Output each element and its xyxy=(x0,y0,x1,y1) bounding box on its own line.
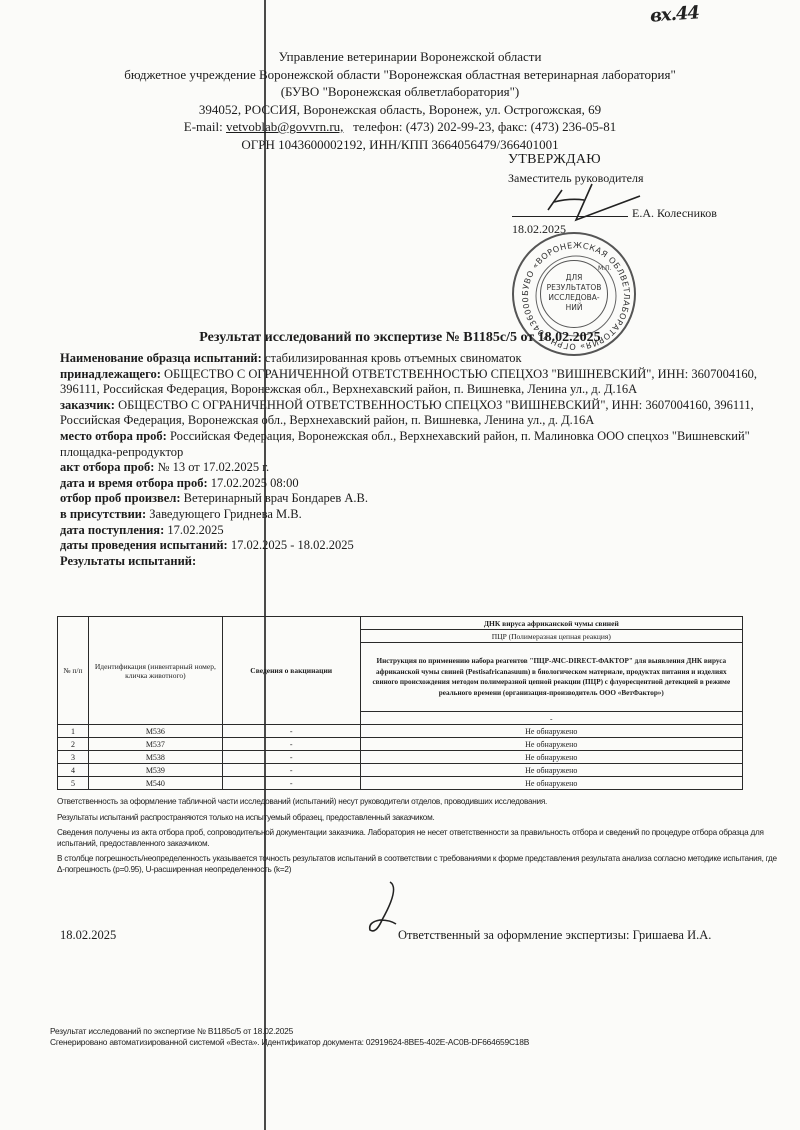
cell-identification: M539 xyxy=(88,764,222,777)
field-owner: принадлежащего: ОБЩЕСТВО С ОГРАНИЧЕННОЙ … xyxy=(60,367,760,398)
field-customer: заказчик: ОБЩЕСТВО С ОГРАНИЧЕННОЙ ОТВЕТС… xyxy=(60,398,760,429)
header-line-ogrn: ОГРН 1043600002192, ИНН/КПП 3664056479/3… xyxy=(0,136,800,154)
col-header-vaccination: Сведения о вакцинации xyxy=(222,617,360,725)
document-title: Результат исследований по экспертизе № В… xyxy=(0,330,800,346)
signature-line xyxy=(512,216,628,217)
table-row: 3 M538 - Не обнаружено xyxy=(58,751,743,764)
col-header-method: ПЦР (Полимеразная цепная реакция) xyxy=(360,630,742,643)
email-label: E-mail: xyxy=(184,119,223,134)
field-test-dates: даты проведения испытаний: 17.02.2025 - … xyxy=(60,538,760,554)
cell-identification: M540 xyxy=(88,777,222,790)
approval-title: УТВЕРЖДАЮ xyxy=(508,152,644,168)
cell-identification: M538 xyxy=(88,751,222,764)
field-sampling-place: место отбора проб: Российская Федерация,… xyxy=(60,429,760,460)
header-line-ministry: Управление ветеринарии Воронежской облас… xyxy=(0,48,800,66)
expertise-number: № В1185с/5 xyxy=(446,330,517,345)
cell-number: 5 xyxy=(58,777,89,790)
sample-info: Наименование образца испытаний: стабилиз… xyxy=(60,351,760,569)
col-header-instruction: Инструкция по применению набора реагенто… xyxy=(360,643,742,712)
title-date: от 18.02.2025 xyxy=(520,330,600,345)
cell-number: 2 xyxy=(58,738,89,751)
stamp-inner-line: ИССЛЕДОВА- xyxy=(541,293,607,303)
cell-result: Не обнаружено xyxy=(360,777,742,790)
header-line-short-name: (БУВО "Воронежская облветлаборатория") xyxy=(0,83,800,101)
cell-vaccination: - xyxy=(222,725,360,738)
cell-vaccination: - xyxy=(222,738,360,751)
document-footer: Результат исследований по экспертизе № В… xyxy=(50,1026,529,1048)
field-sampling-datetime: дата и время отбора проб: 17.02.2025 08:… xyxy=(60,476,760,492)
header-line-contacts: E-mail: vetvoblab@govvrn.ru, телефон: (4… xyxy=(0,118,800,136)
field-receipt-date: дата поступления: 17.02.2025 xyxy=(60,523,760,539)
cell-number: 4 xyxy=(58,764,89,777)
field-sampling-act: акт отбора проб: № 13 от 17.02.2025 г. xyxy=(60,460,760,476)
stamp-inner-line: ДЛЯ xyxy=(541,273,607,283)
header-line-institution: бюджетное учреждение Воронежской области… xyxy=(0,66,800,84)
cell-vaccination: - xyxy=(222,777,360,790)
cell-identification: M536 xyxy=(88,725,222,738)
field-in-presence: в присутствии: Заведующего Гриднева М.В. xyxy=(60,507,760,523)
disclaimer-notes: Ответственность за оформление табличной … xyxy=(57,797,777,880)
note-source: Сведения получены из акта отбора проб, с… xyxy=(57,828,777,849)
field-sampled-by: отбор проб произвел: Ветеринарный врач Б… xyxy=(60,491,760,507)
cell-identification: M537 xyxy=(88,738,222,751)
note-scope: Результаты испытаний распространяются то… xyxy=(57,813,777,824)
stamp-inner-line: НИЙ xyxy=(541,303,607,313)
note-responsibility: Ответственность за оформление табличной … xyxy=(57,797,777,808)
table-row: 1 M536 - Не обнаружено xyxy=(58,725,743,738)
col-header-norm: - xyxy=(360,712,742,725)
cell-result: Не обнаружено xyxy=(360,764,742,777)
cell-result: Не обнаружено xyxy=(360,738,742,751)
responsible-person: Ответственный за оформление экспертизы: … xyxy=(398,928,711,943)
email-link[interactable]: vetvoblab@govvrn.ru, xyxy=(226,119,343,134)
footer-reference: Результат исследований по экспертизе № В… xyxy=(50,1026,529,1037)
stamp-inner-line: РЕЗУЛЬТАТОВ xyxy=(541,283,607,293)
header-line-address: 394052, РОССИЯ, Воронежская область, Вор… xyxy=(0,101,800,119)
cell-result: Не обнаружено xyxy=(360,725,742,738)
note-uncertainty: В столбце погрешность/неопределенность у… xyxy=(57,854,777,875)
cell-number: 3 xyxy=(58,751,89,764)
footer-document-id: Сгенерировано автоматизированной системо… xyxy=(50,1037,529,1048)
phone-fax: телефон: (473) 202-99-23, факс: (473) 23… xyxy=(353,119,616,134)
cell-vaccination: - xyxy=(222,764,360,777)
signoff-date: 18.02.2025 xyxy=(60,928,116,943)
field-sample-name: Наименование образца испытаний: стабилиз… xyxy=(60,351,760,367)
handwritten-registration-note: вх.44 xyxy=(649,2,699,26)
col-header-indicator: ДНК вируса африканской чумы свиней xyxy=(360,617,742,630)
approver-name: Е.А. Колесников xyxy=(632,206,717,221)
stamp-center: ДЛЯ РЕЗУЛЬТАТОВ ИССЛЕДОВА- НИЙ xyxy=(540,260,608,328)
cell-number: 1 xyxy=(58,725,89,738)
cell-vaccination: - xyxy=(222,751,360,764)
table-row: 5 M540 - Не обнаружено xyxy=(58,777,743,790)
col-header-number: № п/п xyxy=(58,617,89,725)
cell-result: Не обнаружено xyxy=(360,751,742,764)
col-header-identification: Идентификация (инвентарный номер, кличка… xyxy=(88,617,222,725)
title-prefix: Результат исследований по экспертизе xyxy=(199,330,442,345)
table-row: 2 M537 - Не обнаружено xyxy=(58,738,743,751)
field-results-heading: Результаты испытаний: xyxy=(60,554,760,570)
table-row: 4 M539 - Не обнаружено xyxy=(58,764,743,777)
stamp-mark: М.П. xyxy=(598,265,612,272)
organization-header: Управление ветеринарии Воронежской облас… xyxy=(0,48,800,153)
results-table: № п/п Идентификация (инвентарный номер, … xyxy=(57,616,743,790)
